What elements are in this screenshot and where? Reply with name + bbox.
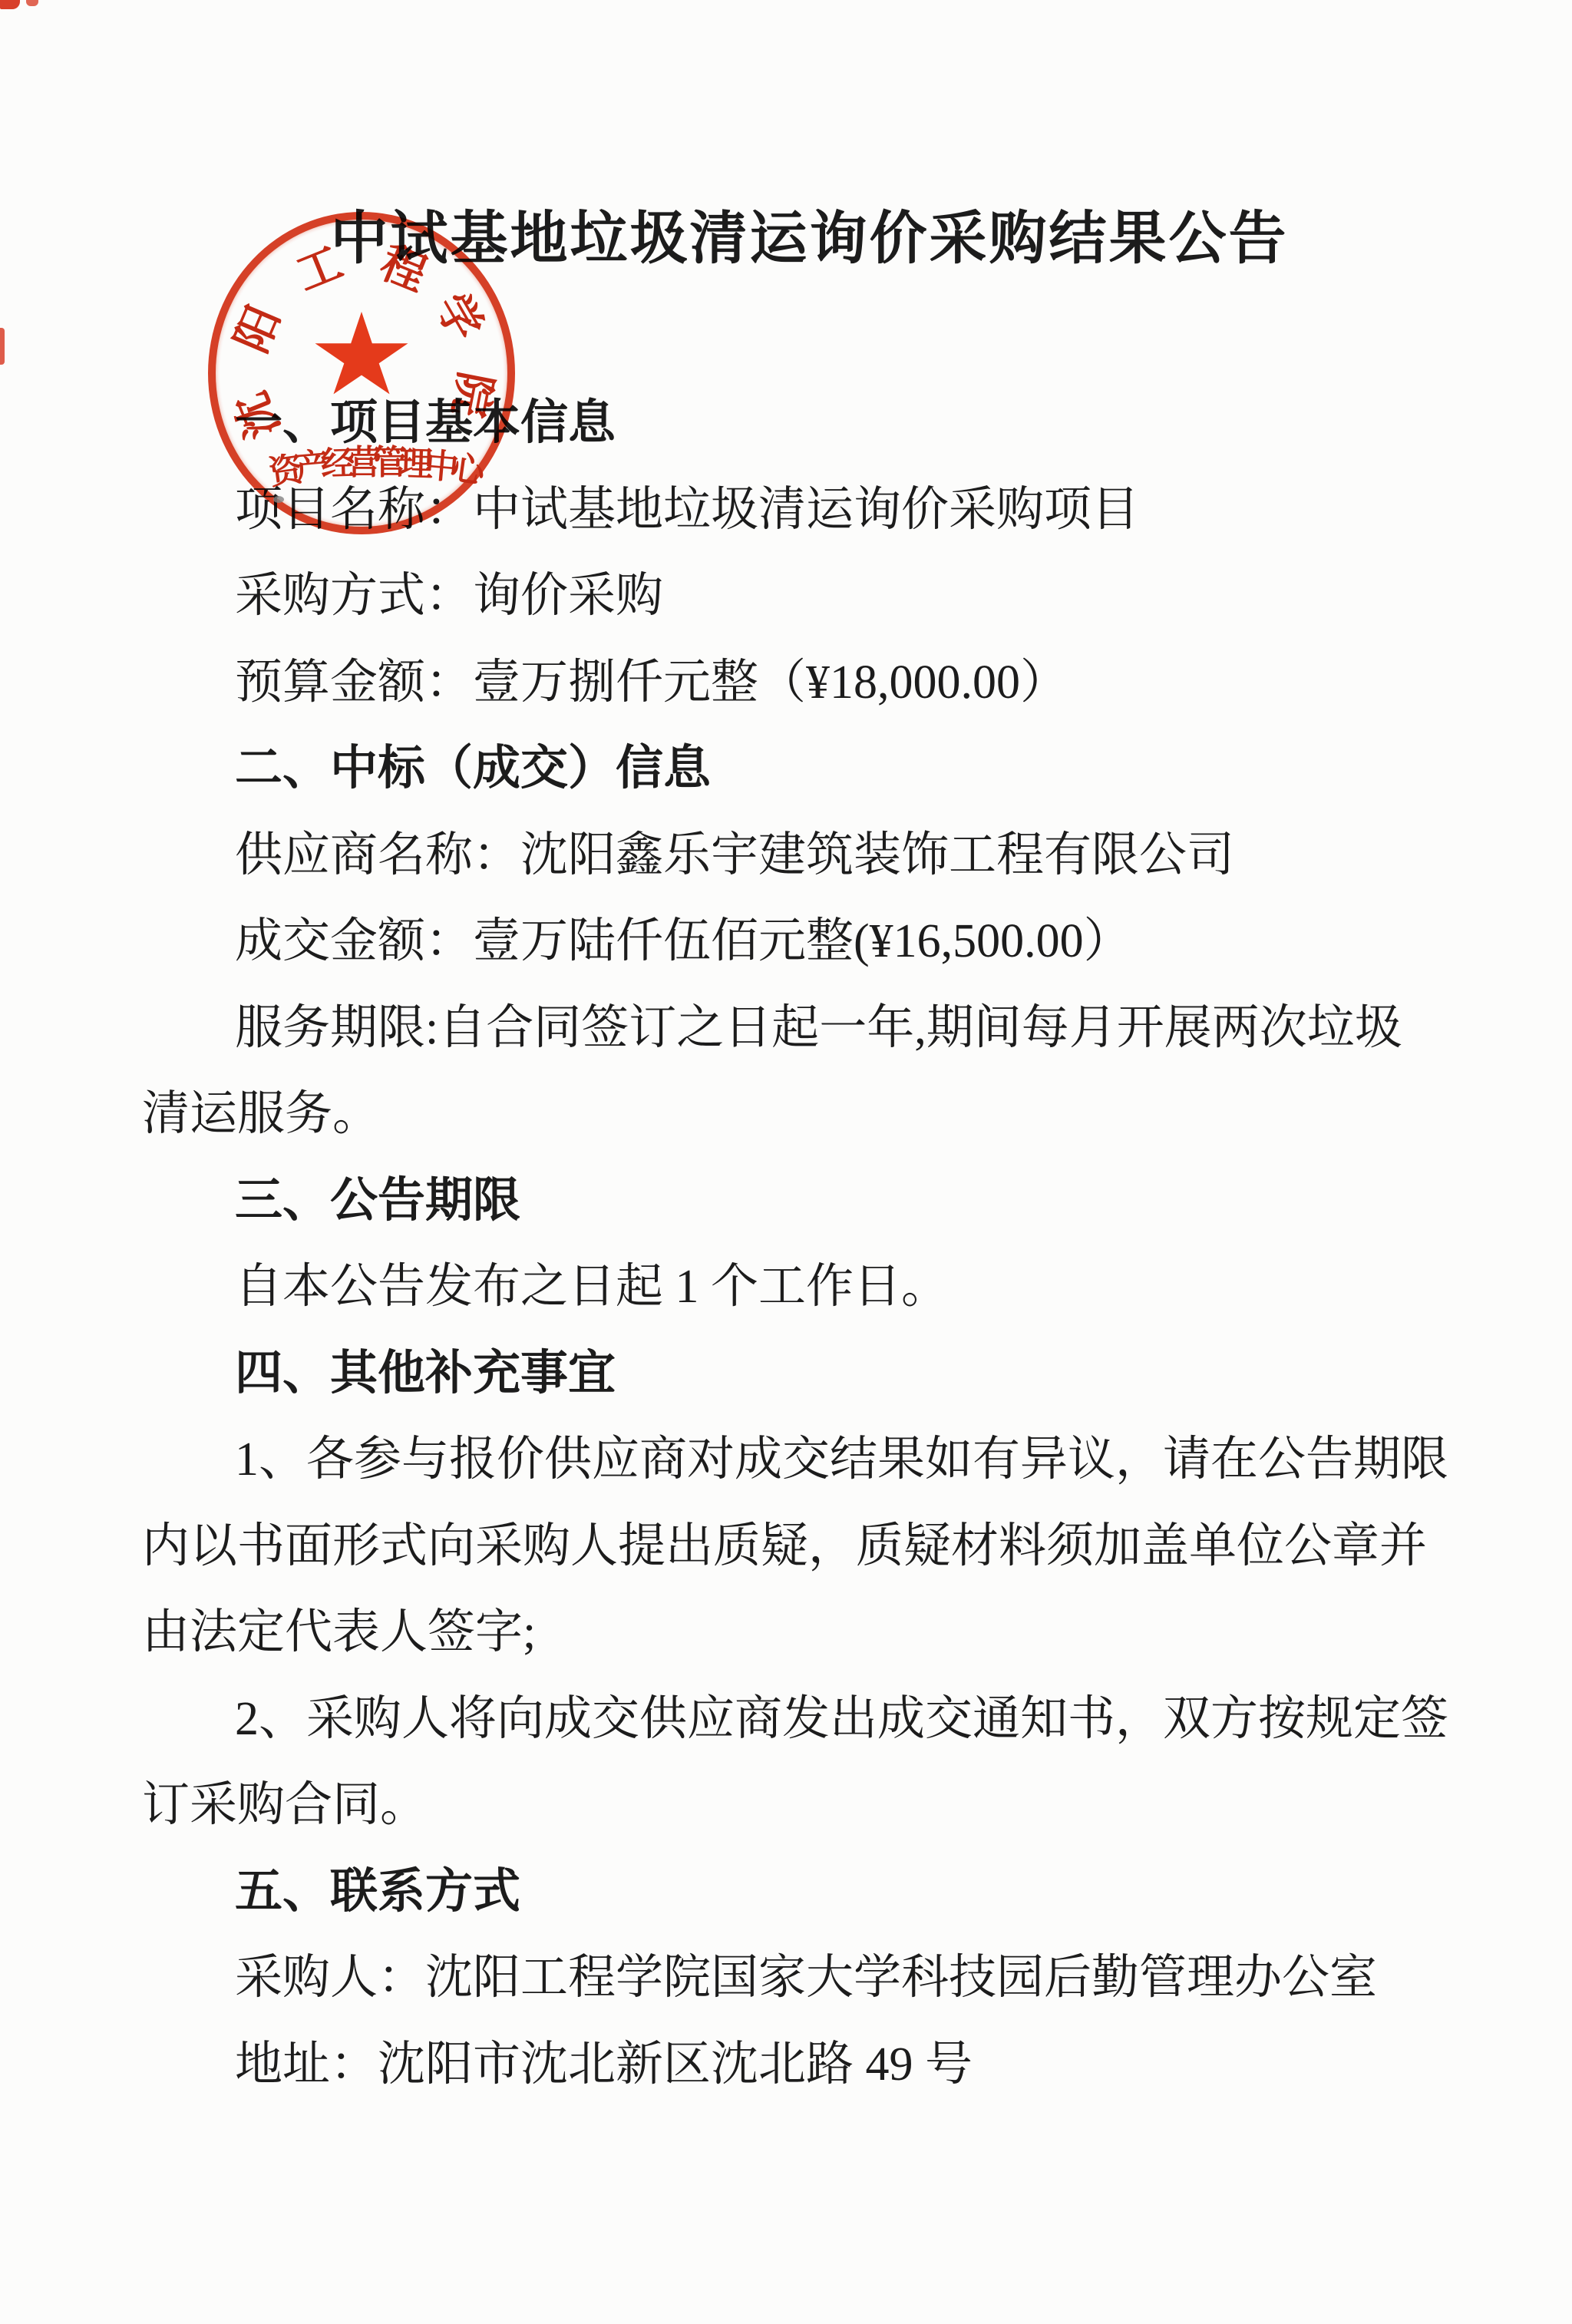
scanned-document-page: 中试基地垃圾清运询价采购结果公告 一、项目基本信息项目名称：中试基地垃圾清运询价… [0, 0, 1572, 2324]
scan-speck [273, 496, 284, 503]
doc-line: 四、其他补充事宜 [142, 1331, 1442, 1417]
doc-line: 一、项目基本信息 [142, 380, 1442, 467]
title-spacer [142, 284, 1442, 380]
doc-line: 采购人：沈阳工程学院国家大学科技园后勤管理办公室 [142, 1935, 1442, 2022]
doc-line: 预算金额：壹万捌仟元整（¥18,000.00） [142, 640, 1442, 726]
doc-line: 服务期限:自合同签订之日起一年,期间每月开展两次垃圾 [142, 985, 1442, 1072]
doc-line: 采购方式：询价采购 [142, 553, 1442, 640]
doc-line: 地址：沈阳市沈北新区沈北路 49 号 [142, 2022, 1442, 2108]
doc-line: 项目名称：中试基地垃圾清运询价采购项目 [142, 467, 1442, 554]
doc-line: 二、中标（成交）信息 [142, 726, 1442, 812]
doc-line: 供应商名称：沈阳鑫乐宇建筑装饰工程有限公司 [142, 812, 1442, 899]
red-ink-smudge [0, 328, 5, 365]
document-lines: 一、项目基本信息项目名称：中试基地垃圾清运询价采购项目采购方式：询价采购预算金额… [142, 380, 1442, 2107]
doc-line: 五、联系方式 [142, 1849, 1442, 1936]
doc-line: 三、公告期限 [142, 1158, 1442, 1245]
doc-line: 清运服务。 [142, 1071, 1442, 1158]
doc-line: 内以书面形式向采购人提出质疑，质疑材料须加盖单位公章并 [142, 1503, 1442, 1590]
document-title: 中试基地垃圾清运询价采购结果公告 [142, 195, 1442, 284]
doc-line: 成交金额：壹万陆仟伍佰元整(¥16,500.00） [142, 898, 1442, 985]
doc-line: 1、各参与报价供应商对成交结果如有异议，请在公告期限 [142, 1417, 1442, 1503]
red-ink-smudge [26, 0, 38, 6]
doc-line: 由法定代表人签字; [142, 1589, 1442, 1676]
doc-line: 2、采购人将向成交供应商发出成交通知书，双方按规定签 [142, 1676, 1442, 1763]
doc-line: 订采购合同。 [142, 1762, 1442, 1849]
document-body: 中试基地垃圾清运询价采购结果公告 一、项目基本信息项目名称：中试基地垃圾清运询价… [0, 0, 1572, 2107]
doc-line: 自本公告发布之日起 1 个工作日。 [142, 1244, 1442, 1331]
